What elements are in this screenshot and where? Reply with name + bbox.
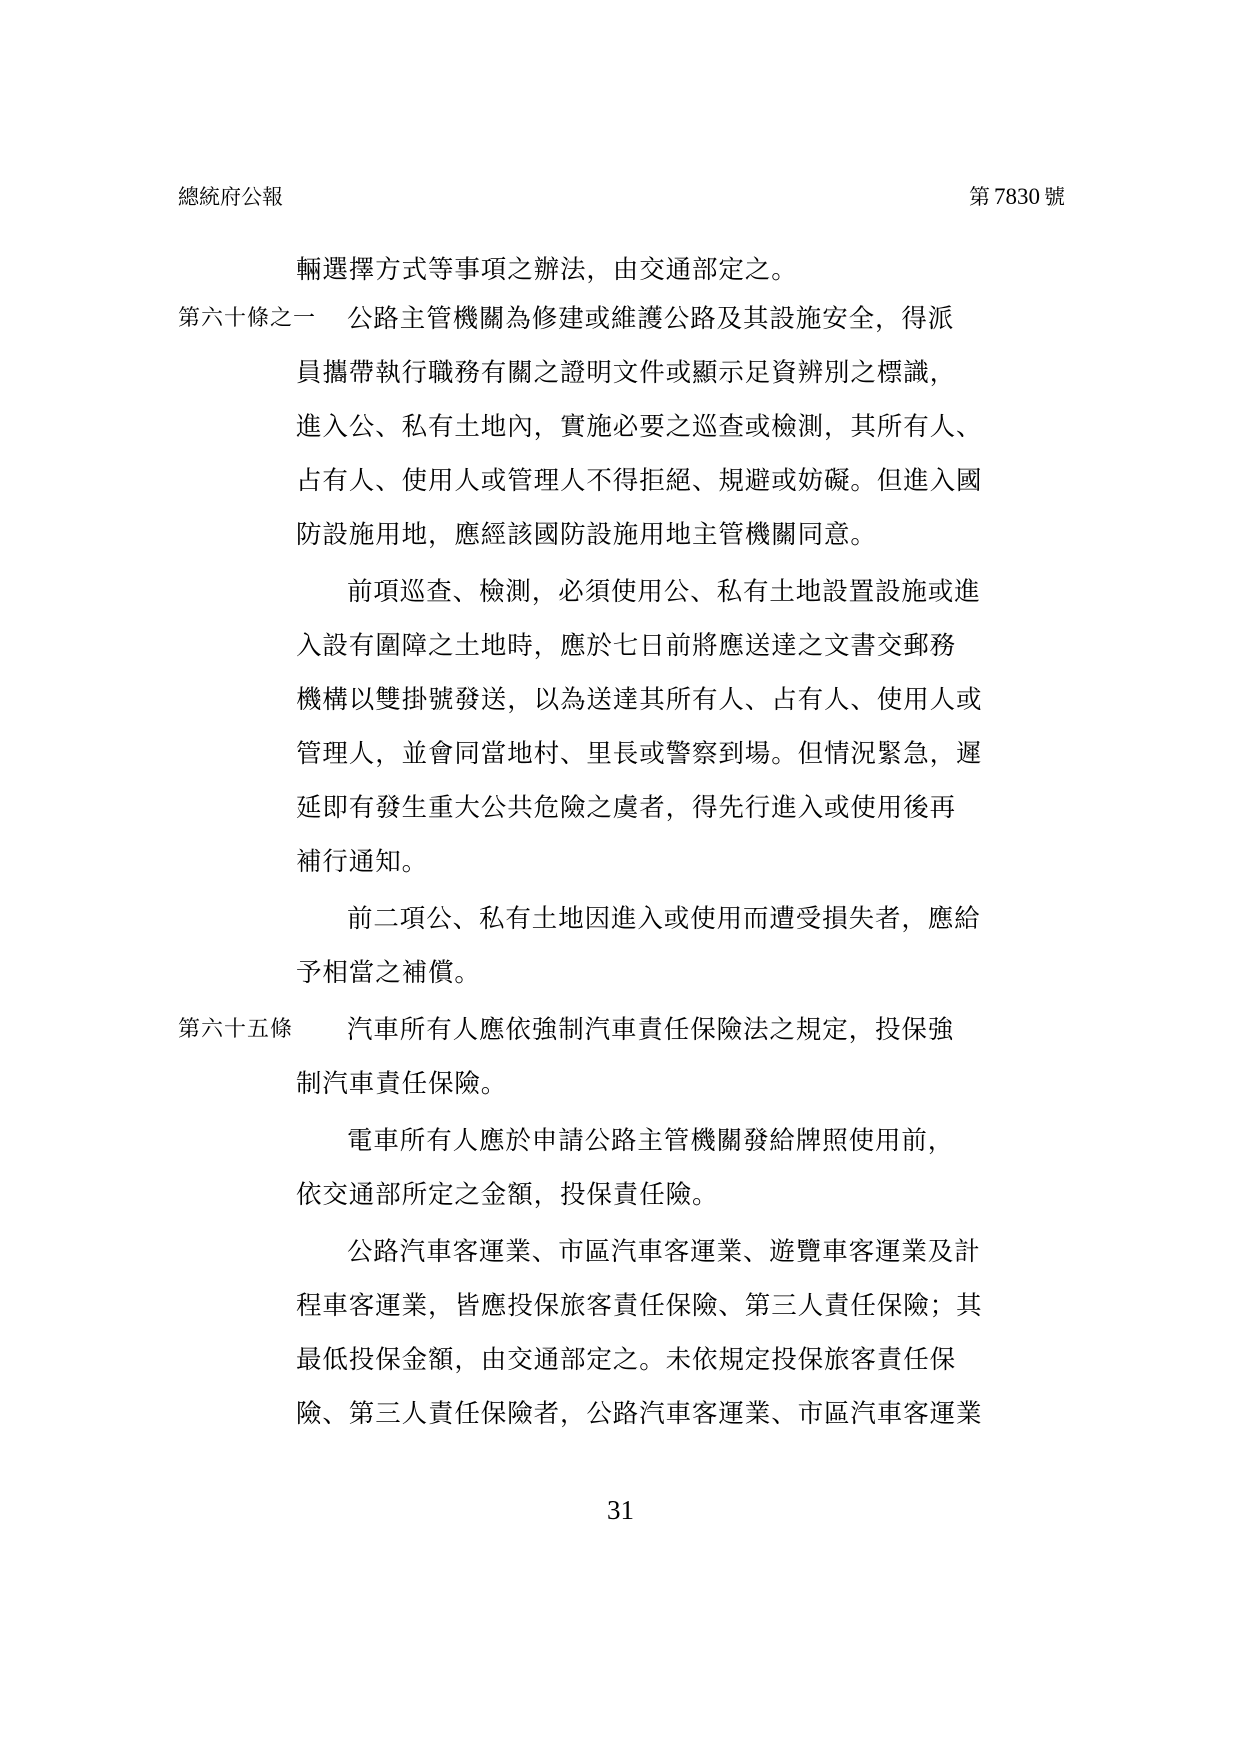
issue-number: 第7830號 <box>969 182 1065 212</box>
publication-title: 總統府公報 <box>178 182 283 212</box>
continuation-line: 輛選擇方式等事項之辦法，由交通部定之。 <box>296 250 798 290</box>
text-line: 險、第三人責任保險者，公路汽車客運業、市區汽車客運業 <box>296 1394 982 1434</box>
text-line: 程車客運業，皆應投保旅客責任保險、第三人責任保險；其 <box>296 1286 982 1326</box>
text-line: 汽車所有人應依強制汽車責任保險法之規定，投保強 <box>347 1010 954 1050</box>
issue-prefix: 第 <box>969 185 990 209</box>
text-line: 占有人、使用人或管理人不得拒絕、規避或妨礙。但進入國 <box>296 461 982 501</box>
text-line: 員攜帶執行職務有關之證明文件或顯示足資辨別之標識， <box>296 353 956 393</box>
text-line: 前項巡查、檢測，必須使用公、私有土地設置設施或進 <box>347 572 981 612</box>
text-line: 補行通知。 <box>296 842 428 882</box>
text-line: 電車所有人應於申請公路主管機關發給牌照使用前， <box>347 1121 954 1161</box>
text-line: 機構以雙掛號發送，以為送達其所有人、占有人、使用人或 <box>296 680 982 720</box>
text-line: 入設有圍障之土地時，應於七日前將應送達之文書交郵務 <box>296 626 956 666</box>
text-line: 防設施用地，應經該國防設施用地主管機關同意。 <box>296 515 877 555</box>
text-line: 依交通部所定之金額，投保責任險。 <box>296 1175 718 1215</box>
text-line: 延即有發生重大公共危險之虞者，得先行進入或使用後再 <box>296 788 956 828</box>
article-label: 第六十五條 <box>178 1010 293 1050</box>
text-line: 予相當之補償。 <box>296 953 481 993</box>
issue-number-value: 7830 <box>994 184 1040 209</box>
article-label: 第六十條之一 <box>178 299 316 339</box>
text-line: 最低投保金額，由交通部定之。未依規定投保旅客責任保 <box>296 1340 956 1380</box>
text-line: 制汽車責任保險。 <box>296 1064 507 1104</box>
page-number: 31 <box>0 1492 1241 1528</box>
text-line: 管理人，並會同當地村、里長或警察到場。但情況緊急，遲 <box>296 734 982 774</box>
text-line: 前二項公、私有土地因進入或使用而遭受損失者，應給 <box>347 899 981 939</box>
issue-suffix: 號 <box>1044 185 1065 209</box>
text-line: 公路汽車客運業、市區汽車客運業、遊覽車客運業及計 <box>347 1232 981 1272</box>
page-header: 總統府公報 第7830號 <box>178 182 1065 212</box>
text-line: 進入公、私有土地內，實施必要之巡查或檢測，其所有人、 <box>296 407 982 447</box>
text-line: 公路主管機關為修建或維護公路及其設施安全，得派 <box>347 299 954 339</box>
